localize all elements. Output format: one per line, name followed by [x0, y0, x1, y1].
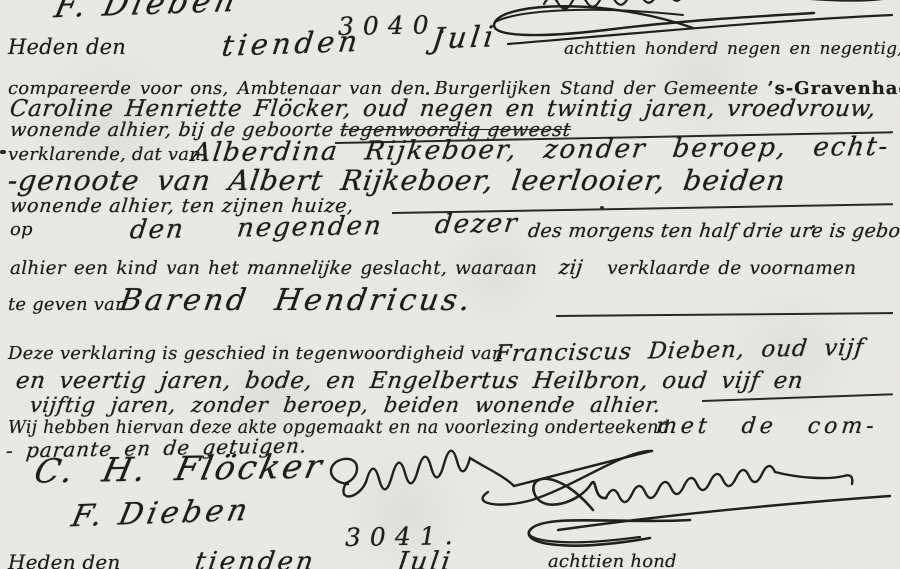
fill-rule-4	[702, 393, 893, 402]
witnesses-line3: vijftig jaren, zonder beroep, beiden won…	[29, 394, 663, 416]
fill-rule-3	[556, 312, 893, 317]
birth-handwritten-day: den negenden dezer	[128, 211, 520, 245]
birth-certificate-scan: F. Dieben 3040. Heden den tienden Juli a…	[0, 0, 900, 569]
ink-speck	[0, 150, 6, 154]
child-printed-2: geslacht, waaraan	[360, 258, 537, 279]
closing-handwritten-1: met de com-	[655, 415, 879, 438]
witness1-handwritten: Franciscus Dieben, oud vijf	[494, 336, 866, 367]
ink-speck	[812, 225, 815, 228]
child-line: alhier een kind van het mannelijke gesla…	[10, 257, 856, 278]
closing-printed: Wij hebben hiervan deze akte opgemaakt e…	[8, 419, 670, 437]
opening-handwritten-date: tienden Juli	[220, 21, 499, 61]
mother-printed: verklarende, dat van	[8, 146, 201, 165]
next-opening-printed-heden: Heden den	[8, 552, 120, 569]
opening-printed-heden: Heden den	[8, 36, 126, 58]
birth-printed-op: op	[10, 221, 33, 240]
child-printed-1: alhier een kind van het	[10, 258, 239, 279]
witnesses-printed: Deze verklaring is geschied in tegenwoor…	[8, 345, 504, 364]
next-opening-printed-year-partial: achttien hond	[548, 553, 677, 569]
next-opening-handwritten-date: tienden Juli	[193, 549, 455, 569]
signature-comparante-flocker: C. H. Flöcker	[31, 449, 327, 489]
child-name-handwritten: Barend Hendricus.	[118, 285, 476, 317]
opening-printed-year: achttien honderd negen en negentig,	[564, 41, 900, 59]
child-handwritten-pronoun: zij	[558, 257, 584, 278]
child-handwritten-gender: mannelijke	[246, 259, 353, 278]
father-line: -genoote van Albert Rijkeboer, leerlooie…	[6, 166, 788, 195]
naming-printed: te geven van	[8, 296, 127, 315]
child-printed-3: verklaarde de voornamen	[607, 258, 856, 279]
signature-witness-dieben: F. Dieben	[69, 495, 255, 533]
signature-registrar-flourish	[498, 450, 898, 558]
ink-speck	[600, 206, 604, 210]
birth-handwritten-time: des morgens ten half drie ure is geboren	[527, 222, 900, 242]
declarant-name-line: Caroline Henriette Flöcker, oud negen en…	[9, 97, 877, 121]
mother-handwritten-name: Alberdina Rijkeboer, zonder beroep, echt…	[190, 134, 891, 167]
witnesses-line2: en veertig jaren, bode, en Engelbertus H…	[15, 369, 805, 393]
previous-record-signature-dieben: F. Dieben	[52, 0, 243, 24]
ink-speck	[426, 92, 429, 95]
